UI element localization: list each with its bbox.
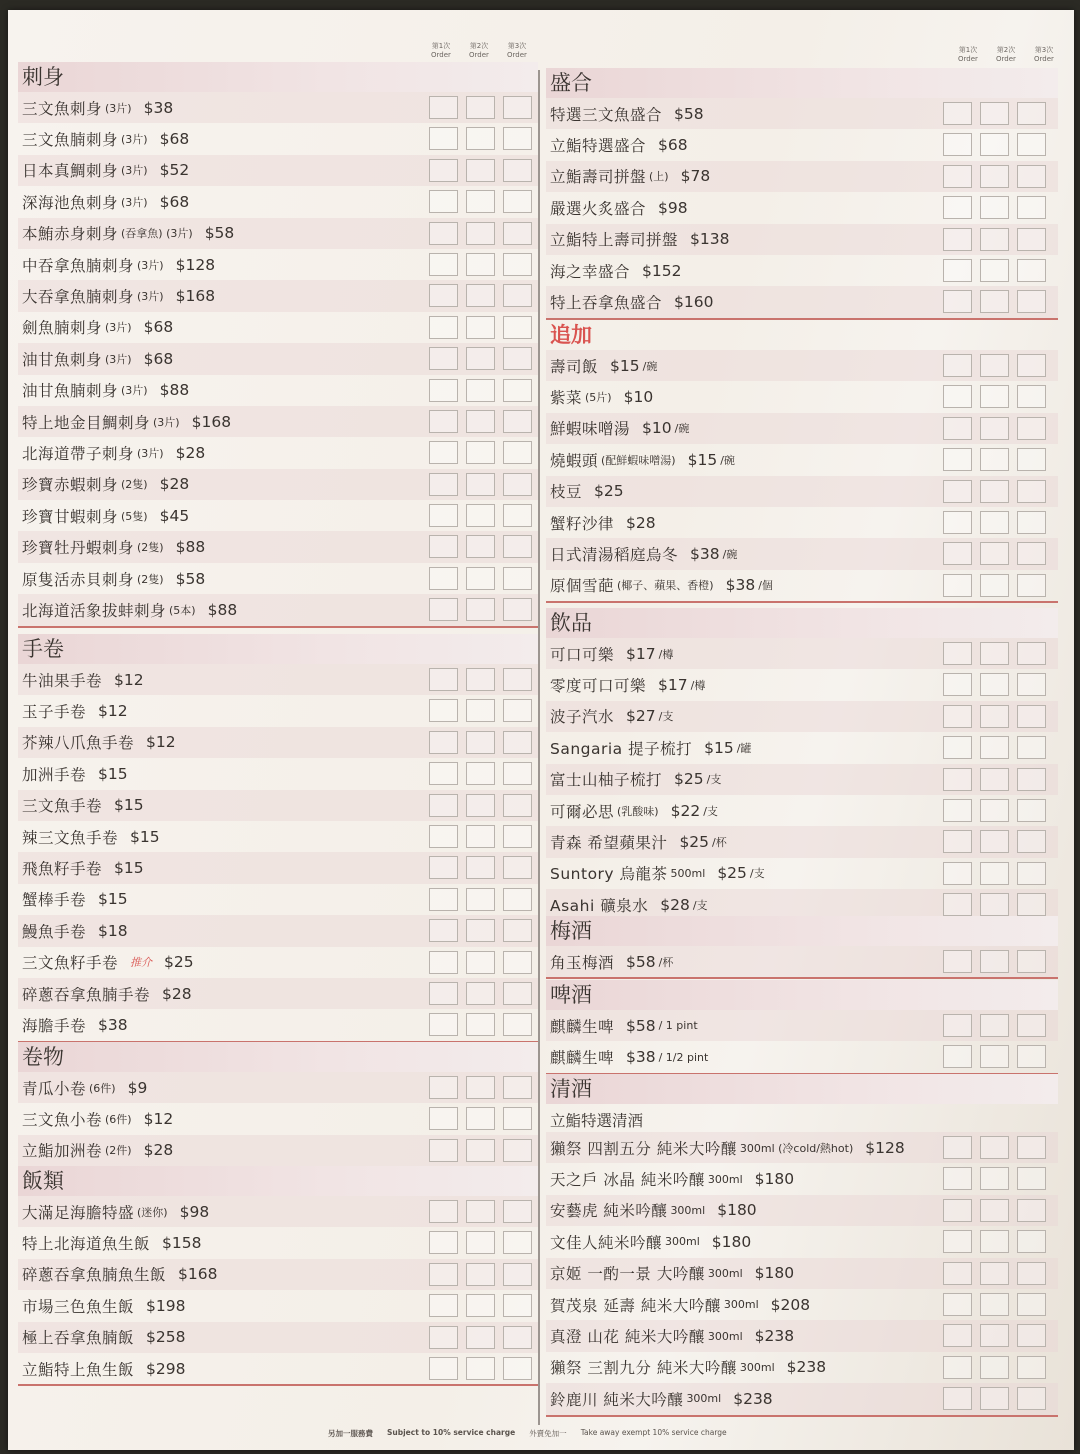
order-round-3-checkbox[interactable] bbox=[1017, 830, 1046, 853]
order-round-1-checkbox[interactable] bbox=[429, 316, 458, 339]
order-round-1-checkbox[interactable] bbox=[943, 1387, 972, 1410]
order-round-3-checkbox[interactable] bbox=[1017, 862, 1046, 885]
order-round-1-checkbox[interactable] bbox=[943, 228, 972, 251]
order-round-3-checkbox[interactable] bbox=[1017, 480, 1046, 503]
order-boxes bbox=[943, 196, 1046, 219]
menu-item-row: 本鮪赤身刺身 (吞拿魚) (3片) $58 bbox=[18, 218, 538, 249]
order-round-1-checkbox[interactable] bbox=[943, 1324, 972, 1347]
menu-item-row: 京姬 一酌一景 大吟釀 300ml $180 bbox=[546, 1258, 1058, 1289]
item-price: $180 bbox=[712, 1233, 751, 1251]
order-round-3-checkbox[interactable] bbox=[1017, 705, 1046, 728]
order-round-3-checkbox[interactable] bbox=[503, 1326, 532, 1349]
menu-item-row: 可爾必思 (乳酸味) $22 /支 bbox=[546, 795, 1058, 826]
order-round-3-checkbox[interactable] bbox=[1017, 417, 1046, 440]
order-round-3-checkbox[interactable] bbox=[503, 316, 532, 339]
order-round-1-checkbox[interactable] bbox=[943, 574, 972, 597]
section-divider bbox=[546, 1415, 1058, 1417]
order-round-1-checkbox[interactable] bbox=[943, 1199, 972, 1222]
order-round-1-checkbox[interactable] bbox=[429, 1326, 458, 1349]
order-round-2-checkbox[interactable] bbox=[980, 1262, 1009, 1285]
order-round-3-checkbox[interactable] bbox=[503, 567, 532, 590]
order-round-2-checkbox[interactable] bbox=[980, 1136, 1009, 1159]
order-round-2-checkbox[interactable] bbox=[980, 705, 1009, 728]
order-round-3-checkbox[interactable] bbox=[503, 762, 532, 785]
order-round-2-checkbox[interactable] bbox=[980, 290, 1009, 313]
item-name: 特上吞拿魚盛合 bbox=[550, 291, 662, 313]
order-round-3-checkbox[interactable] bbox=[1017, 1136, 1046, 1159]
order-round-3-checkbox[interactable] bbox=[503, 127, 532, 150]
order-round-3-checkbox[interactable] bbox=[503, 668, 532, 691]
menu-item-row: 油甘魚腩刺身 (3片) $88 bbox=[18, 375, 538, 406]
order-round-2-checkbox[interactable] bbox=[980, 511, 1009, 534]
order-round-1-checkbox[interactable] bbox=[429, 567, 458, 590]
order-round-1-checkbox[interactable] bbox=[429, 473, 458, 496]
item-price: $15 bbox=[610, 357, 640, 375]
order-round-1-checkbox[interactable] bbox=[429, 159, 458, 182]
item-price: $15 bbox=[704, 739, 734, 757]
order-round-3-checkbox[interactable] bbox=[503, 888, 532, 911]
order-round-1-checkbox[interactable] bbox=[943, 799, 972, 822]
order-round-3-checkbox[interactable] bbox=[1017, 133, 1046, 156]
order-round-1-checkbox[interactable] bbox=[943, 542, 972, 565]
order-round-1-checkbox[interactable] bbox=[943, 1014, 972, 1037]
menu-item-row: 三文魚小卷 (6件) $12 bbox=[18, 1103, 538, 1134]
item-name: 珍寶赤蝦刺身 bbox=[22, 473, 118, 495]
order-round-2-checkbox[interactable] bbox=[466, 284, 495, 307]
item-price: $22 bbox=[671, 802, 701, 820]
order-round-3-checkbox[interactable] bbox=[503, 598, 532, 621]
order-round-1-checkbox[interactable] bbox=[429, 731, 458, 754]
order-round-1-checkbox[interactable] bbox=[429, 535, 458, 558]
order-round-2-checkbox[interactable] bbox=[466, 982, 495, 1005]
order-round-1-checkbox[interactable] bbox=[429, 190, 458, 213]
item-note: (3片) bbox=[121, 194, 148, 210]
order-round-3-checkbox[interactable] bbox=[1017, 799, 1046, 822]
menu-item-row: 文佳人純米吟釀 300ml $180 bbox=[546, 1226, 1058, 1257]
menu-item-row: 天之戶 冰晶 純米吟釀 300ml $180 bbox=[546, 1163, 1058, 1194]
order-round-3-checkbox[interactable] bbox=[503, 1357, 532, 1380]
order-round-3-checkbox[interactable] bbox=[1017, 354, 1046, 377]
order-round-3-checkbox[interactable] bbox=[503, 222, 532, 245]
order-boxes bbox=[429, 379, 532, 402]
order-round-3-checkbox[interactable] bbox=[1017, 673, 1046, 696]
order-round-1-checkbox[interactable] bbox=[429, 222, 458, 245]
order-round-2-checkbox[interactable] bbox=[466, 919, 495, 942]
order-round-3-checkbox[interactable] bbox=[1017, 1262, 1046, 1285]
order-round-3-checkbox[interactable] bbox=[503, 825, 532, 848]
order-round-3-checkbox[interactable] bbox=[503, 1263, 532, 1286]
order-round-1-checkbox[interactable] bbox=[943, 385, 972, 408]
item-name: 可爾必思 bbox=[550, 800, 614, 822]
order-round-3-checkbox[interactable] bbox=[503, 441, 532, 464]
order-boxes bbox=[943, 893, 1046, 916]
order-round-2-checkbox[interactable] bbox=[466, 668, 495, 691]
item-note: (配鮮蝦味噌湯) bbox=[601, 452, 676, 468]
order-round-1-checkbox[interactable] bbox=[943, 705, 972, 728]
order-round-2-checkbox[interactable] bbox=[466, 794, 495, 817]
item-price: $158 bbox=[162, 1234, 201, 1252]
order-round-3-checkbox[interactable] bbox=[503, 535, 532, 558]
order-round-3-checkbox[interactable] bbox=[1017, 1199, 1046, 1222]
order-round-1-checkbox[interactable] bbox=[943, 165, 972, 188]
order-round-2-checkbox[interactable] bbox=[466, 96, 495, 119]
order-round-1-checkbox[interactable] bbox=[429, 794, 458, 817]
order-round-3-checkbox[interactable] bbox=[503, 1107, 532, 1130]
order-round-2-checkbox[interactable] bbox=[466, 1294, 495, 1317]
order-round-1-checkbox[interactable] bbox=[943, 259, 972, 282]
order-round-1-checkbox[interactable] bbox=[943, 1356, 972, 1379]
item-note: 300ml bbox=[708, 1330, 743, 1343]
order-round-2-checkbox[interactable] bbox=[980, 102, 1009, 125]
order-round-3-checkbox[interactable] bbox=[1017, 736, 1046, 759]
menu-item-row: 特上吞拿魚盛合 $160 bbox=[546, 286, 1058, 317]
order-round-2-checkbox[interactable] bbox=[980, 480, 1009, 503]
order-round-2-checkbox[interactable] bbox=[466, 951, 495, 974]
menu-section: 梅酒 角玉梅酒 $58 /杯 bbox=[546, 916, 1058, 979]
order-round-3-checkbox[interactable] bbox=[1017, 448, 1046, 471]
order-round-1-checkbox[interactable] bbox=[429, 825, 458, 848]
order-round-1-checkbox[interactable] bbox=[943, 133, 972, 156]
order-round-2-checkbox[interactable] bbox=[466, 1263, 495, 1286]
item-price: $58 bbox=[176, 570, 206, 588]
menu-item-row: 碎蔥吞拿魚腩魚生飯 $168 bbox=[18, 1259, 538, 1290]
item-unit: /罐 bbox=[737, 740, 752, 756]
order-round-1-checkbox[interactable] bbox=[943, 1230, 972, 1253]
order-round-3-checkbox[interactable] bbox=[1017, 102, 1046, 125]
order-round-2-checkbox[interactable] bbox=[980, 736, 1009, 759]
order-boxes bbox=[943, 1199, 1046, 1222]
menu-item-row: 珍寶甘蝦刺身 (5隻) $45 bbox=[18, 500, 538, 531]
order-round-2-checkbox[interactable] bbox=[980, 385, 1009, 408]
order-round-1-checkbox[interactable] bbox=[943, 1167, 972, 1190]
order-round-1-checkbox[interactable] bbox=[429, 919, 458, 942]
order-round-1-checkbox[interactable] bbox=[429, 347, 458, 370]
item-note: (3片) bbox=[121, 162, 148, 178]
item-price: $258 bbox=[146, 1328, 185, 1346]
order-round-1-checkbox[interactable] bbox=[429, 951, 458, 974]
order-round-2-checkbox[interactable] bbox=[466, 1076, 495, 1099]
order-round-3-checkbox[interactable] bbox=[1017, 893, 1046, 916]
order-round-2-checkbox[interactable] bbox=[980, 1014, 1009, 1037]
order-round-1-checkbox[interactable] bbox=[943, 736, 972, 759]
item-price: $58 bbox=[205, 224, 235, 242]
order-round-1-checkbox[interactable] bbox=[943, 1293, 972, 1316]
section-title: 卷物 bbox=[18, 1042, 538, 1072]
order-round-3-checkbox[interactable] bbox=[503, 190, 532, 213]
order-boxes bbox=[429, 535, 532, 558]
order-round-3-checkbox[interactable] bbox=[503, 1139, 532, 1162]
order-round-3-checkbox[interactable] bbox=[503, 504, 532, 527]
item-name: 麒麟生啤 bbox=[550, 1015, 614, 1037]
order-round-2-checkbox[interactable] bbox=[980, 950, 1009, 973]
order-round-2-checkbox[interactable] bbox=[466, 410, 495, 433]
order-round-3-checkbox[interactable] bbox=[1017, 511, 1046, 534]
item-name: 賀茂泉 延壽 純米大吟釀 bbox=[550, 1294, 721, 1316]
order-round-2-checkbox[interactable] bbox=[980, 1324, 1009, 1347]
item-price: $238 bbox=[755, 1327, 794, 1345]
menu-item-row: 安藝虎 純米吟釀 300ml $180 bbox=[546, 1195, 1058, 1226]
order-round-3-checkbox[interactable] bbox=[1017, 290, 1046, 313]
order-round-3-checkbox[interactable] bbox=[1017, 1293, 1046, 1316]
order-round-2-checkbox[interactable] bbox=[980, 642, 1009, 665]
order-round-1-checkbox[interactable] bbox=[429, 1263, 458, 1286]
order-round-2-checkbox[interactable] bbox=[466, 1231, 495, 1254]
order-round-2-checkbox[interactable] bbox=[466, 1200, 495, 1223]
order-round-1-checkbox[interactable] bbox=[943, 480, 972, 503]
order-round-2-checkbox[interactable] bbox=[980, 133, 1009, 156]
item-note: (3片) bbox=[137, 288, 164, 304]
order-round-2-checkbox[interactable] bbox=[980, 542, 1009, 565]
order-round-2-checkbox[interactable] bbox=[980, 1230, 1009, 1253]
item-list: 麒麟生啤 $58 / 1 pint 麒麟生啤 $38 / 1/2 pint bbox=[546, 1010, 1058, 1073]
order-round-3-checkbox[interactable] bbox=[503, 284, 532, 307]
order-round-3-checkbox[interactable] bbox=[1017, 259, 1046, 282]
order-round-1-checkbox[interactable] bbox=[429, 762, 458, 785]
order-round-3-checkbox[interactable] bbox=[503, 1231, 532, 1254]
order-round-3-checkbox[interactable] bbox=[503, 379, 532, 402]
order-boxes bbox=[943, 511, 1046, 534]
order-round-1-checkbox[interactable] bbox=[943, 102, 972, 125]
order-round-1-checkbox[interactable] bbox=[429, 699, 458, 722]
item-price: $68 bbox=[144, 318, 174, 336]
order-round-3-checkbox[interactable] bbox=[503, 699, 532, 722]
order-round-3-checkbox[interactable] bbox=[503, 856, 532, 879]
order-round-2-checkbox[interactable] bbox=[980, 1356, 1009, 1379]
order-round-1-checkbox[interactable] bbox=[943, 1262, 972, 1285]
order-round-3-checkbox[interactable] bbox=[1017, 950, 1046, 973]
menu-item-row: Sangaria 提子梳打 $15 /罐 bbox=[546, 732, 1058, 763]
order-round-1-checkbox[interactable] bbox=[429, 668, 458, 691]
order-round-1-checkbox[interactable] bbox=[429, 1013, 458, 1036]
item-name: 零度可口可樂 bbox=[550, 674, 646, 696]
order-round-3-checkbox[interactable] bbox=[503, 159, 532, 182]
item-note: (迷你) bbox=[137, 1204, 168, 1220]
order-round-1-checkbox[interactable] bbox=[429, 856, 458, 879]
menu-section: 飯類 大滿足海膽特盛 (迷你) $98 特上北海道魚生飯 $158 bbox=[18, 1166, 538, 1386]
order-round-3-checkbox[interactable] bbox=[1017, 1045, 1046, 1068]
order-round-2-checkbox[interactable] bbox=[980, 1199, 1009, 1222]
order-round-2-checkbox[interactable] bbox=[466, 888, 495, 911]
item-price: $28 bbox=[626, 514, 656, 532]
order-round-3-checkbox[interactable] bbox=[1017, 642, 1046, 665]
order-round-3-checkbox[interactable] bbox=[503, 1013, 532, 1036]
order-round-2-checkbox[interactable] bbox=[980, 1167, 1009, 1190]
item-list: 特選三文魚盛合 $58 立鮨特選盛合 $68 bbox=[546, 98, 1058, 318]
order-round-3-checkbox[interactable] bbox=[503, 1200, 532, 1223]
menu-item-row: 波子汽水 $27 /支 bbox=[546, 701, 1058, 732]
order-round-2-checkbox[interactable] bbox=[466, 473, 495, 496]
order-round-2-checkbox[interactable] bbox=[466, 567, 495, 590]
order-round-2-checkbox[interactable] bbox=[466, 253, 495, 276]
order-round-3-checkbox[interactable] bbox=[503, 731, 532, 754]
order-round-2-checkbox[interactable] bbox=[466, 127, 495, 150]
order-round-2-checkbox[interactable] bbox=[980, 830, 1009, 853]
item-note: (3片) bbox=[105, 351, 132, 367]
order-round-2-checkbox[interactable] bbox=[980, 228, 1009, 251]
order-round-3-checkbox[interactable] bbox=[1017, 196, 1046, 219]
order-round-header: 第1次Order 第2次Order 第3次Order bbox=[426, 42, 532, 60]
order-round-2-checkbox[interactable] bbox=[980, 862, 1009, 885]
order-round-1-checkbox[interactable] bbox=[429, 1139, 458, 1162]
order-round-3-checkbox[interactable] bbox=[1017, 574, 1046, 597]
order-round-1-checkbox[interactable] bbox=[943, 417, 972, 440]
menu-item-row: 日式清湯稻庭烏冬 $38 /碗 bbox=[546, 538, 1058, 569]
order-round-1-checkbox[interactable] bbox=[943, 768, 972, 791]
order-round-2-checkbox[interactable] bbox=[980, 259, 1009, 282]
order-boxes bbox=[943, 1230, 1046, 1253]
order-round-1-checkbox[interactable] bbox=[429, 1200, 458, 1223]
order-round-1-checkbox[interactable] bbox=[943, 290, 972, 313]
order-round-1-checkbox[interactable] bbox=[943, 673, 972, 696]
order-round-2-checkbox[interactable] bbox=[980, 574, 1009, 597]
order-round-2-checkbox[interactable] bbox=[466, 379, 495, 402]
item-price: $98 bbox=[180, 1203, 210, 1221]
order-round-1-checkbox[interactable] bbox=[429, 284, 458, 307]
order-round-3-checkbox[interactable] bbox=[503, 253, 532, 276]
order-round-2-checkbox[interactable] bbox=[466, 762, 495, 785]
order-round-3-checkbox[interactable] bbox=[503, 96, 532, 119]
order-round-2-checkbox[interactable] bbox=[466, 1357, 495, 1380]
order-round-1-checkbox[interactable] bbox=[943, 511, 972, 534]
order-round-1-checkbox[interactable] bbox=[429, 1107, 458, 1130]
order-round-2-checkbox[interactable] bbox=[466, 159, 495, 182]
order-round-1-checkbox[interactable] bbox=[943, 950, 972, 973]
menu-item-row: 紫菜 (5片) $10 bbox=[546, 381, 1058, 412]
order-round-3-checkbox[interactable] bbox=[503, 1076, 532, 1099]
order-round-1-checkbox[interactable] bbox=[429, 504, 458, 527]
order-round-2-checkbox[interactable] bbox=[466, 1139, 495, 1162]
section-title: 追加 bbox=[546, 320, 1058, 350]
item-note: (吞拿魚) (3片) bbox=[121, 225, 193, 241]
order-round-3-checkbox[interactable] bbox=[1017, 1356, 1046, 1379]
order-round-3-checkbox[interactable] bbox=[503, 347, 532, 370]
item-note: 500ml bbox=[671, 867, 706, 880]
order-round-3-checkbox[interactable] bbox=[503, 919, 532, 942]
order-round-3-checkbox[interactable] bbox=[1017, 1167, 1046, 1190]
order-round-3-checkbox[interactable] bbox=[1017, 385, 1046, 408]
order-round-2-checkbox[interactable] bbox=[466, 316, 495, 339]
item-price: $28 bbox=[144, 1141, 174, 1159]
order-round-2-checkbox[interactable] bbox=[980, 196, 1009, 219]
order-round-1-checkbox[interactable] bbox=[429, 598, 458, 621]
order-round-2-checkbox[interactable] bbox=[980, 673, 1009, 696]
order-round-2-checkbox[interactable] bbox=[466, 1326, 495, 1349]
order-round-3-checkbox[interactable] bbox=[1017, 1230, 1046, 1253]
order-round-1-checkbox[interactable] bbox=[429, 1357, 458, 1380]
order-round-2-checkbox[interactable] bbox=[466, 825, 495, 848]
item-list: 大滿足海膽特盛 (迷你) $98 特上北海道魚生飯 $158 bbox=[18, 1196, 538, 1384]
order-round-2-checkbox[interactable] bbox=[466, 1013, 495, 1036]
item-name: 立鮨特選盛合 bbox=[550, 134, 646, 156]
menu-item-row: 三文魚刺身 (3片) $38 bbox=[18, 92, 538, 123]
order-round-2-checkbox[interactable] bbox=[980, 893, 1009, 916]
order-round-3-checkbox[interactable] bbox=[503, 410, 532, 433]
order-round-1-checkbox[interactable] bbox=[429, 1076, 458, 1099]
order-round-1-checkbox[interactable] bbox=[429, 127, 458, 150]
order-round-2-checkbox[interactable] bbox=[466, 504, 495, 527]
order-round-1-checkbox[interactable] bbox=[943, 862, 972, 885]
order-round-3-checkbox[interactable] bbox=[1017, 768, 1046, 791]
order-round-1-checkbox[interactable] bbox=[943, 893, 972, 916]
order-round-1-checkbox[interactable] bbox=[429, 1231, 458, 1254]
order-round-1-checkbox[interactable] bbox=[429, 441, 458, 464]
order-round-2-checkbox[interactable] bbox=[466, 222, 495, 245]
order-round-1-checkbox[interactable] bbox=[429, 379, 458, 402]
order-round-2-checkbox[interactable] bbox=[980, 165, 1009, 188]
item-name: 日式清湯稻庭烏冬 bbox=[550, 543, 678, 565]
order-round-1-checkbox[interactable] bbox=[429, 1294, 458, 1317]
order-round-2-checkbox[interactable] bbox=[466, 347, 495, 370]
item-name: 麒麟生啤 bbox=[550, 1046, 614, 1068]
item-name: 特上北海道魚生飯 bbox=[22, 1232, 150, 1254]
order-boxes bbox=[943, 165, 1046, 188]
order-round-1-checkbox[interactable] bbox=[429, 96, 458, 119]
order-round-2-checkbox[interactable] bbox=[466, 699, 495, 722]
order-boxes bbox=[429, 1013, 532, 1036]
order-round-1-checkbox[interactable] bbox=[943, 1045, 972, 1068]
order-round-2-checkbox[interactable] bbox=[466, 856, 495, 879]
order-round-3-checkbox[interactable] bbox=[503, 1294, 532, 1317]
item-name: 壽司飯 bbox=[550, 355, 598, 377]
order-round-1-checkbox[interactable] bbox=[429, 888, 458, 911]
item-price: $25 bbox=[164, 953, 194, 971]
order-round-2-checkbox[interactable] bbox=[466, 190, 495, 213]
order-round-3-checkbox[interactable] bbox=[1017, 1324, 1046, 1347]
order-round-2-checkbox[interactable] bbox=[980, 354, 1009, 377]
order-round-3-checkbox[interactable] bbox=[1017, 165, 1046, 188]
order-round-3-checkbox[interactable] bbox=[1017, 1014, 1046, 1037]
item-name: 嚴選火炙盛合 bbox=[550, 197, 646, 219]
order-boxes bbox=[943, 1293, 1046, 1316]
order-round-1-checkbox[interactable] bbox=[943, 830, 972, 853]
order-boxes bbox=[429, 473, 532, 496]
order-round-3-checkbox[interactable] bbox=[503, 951, 532, 974]
order-boxes bbox=[943, 736, 1046, 759]
item-note: (2件) bbox=[105, 1142, 132, 1158]
order-round-2-checkbox[interactable] bbox=[466, 1107, 495, 1130]
order-round-2-checkbox[interactable] bbox=[980, 1387, 1009, 1410]
order-boxes bbox=[943, 862, 1046, 885]
order-round-2-checkbox[interactable] bbox=[980, 448, 1009, 471]
order-round-1-checkbox[interactable] bbox=[429, 410, 458, 433]
order-round-3-checkbox[interactable] bbox=[1017, 542, 1046, 565]
order-round-2-checkbox[interactable] bbox=[980, 799, 1009, 822]
order-round-3-checkbox[interactable] bbox=[503, 794, 532, 817]
order-round-2-checkbox[interactable] bbox=[466, 598, 495, 621]
order-round-3-checkbox[interactable] bbox=[1017, 1387, 1046, 1410]
order-round-2-checkbox[interactable] bbox=[466, 441, 495, 464]
item-price: $45 bbox=[160, 507, 190, 525]
order-round-1-checkbox[interactable] bbox=[943, 642, 972, 665]
order-round-1-checkbox[interactable] bbox=[429, 253, 458, 276]
order-round-3-checkbox[interactable] bbox=[503, 473, 532, 496]
order-round-1-checkbox[interactable] bbox=[943, 448, 972, 471]
order-round-1-checkbox[interactable] bbox=[943, 1136, 972, 1159]
order-round-2-checkbox[interactable] bbox=[980, 1045, 1009, 1068]
order-round-1-checkbox[interactable] bbox=[429, 982, 458, 1005]
item-name: Sangaria 提子梳打 bbox=[550, 737, 692, 759]
order-round-2-checkbox[interactable] bbox=[980, 1293, 1009, 1316]
item-list: 牛油果手卷 $12 玉子手卷 $12 bbox=[18, 664, 538, 1041]
order-round-3-checkbox[interactable] bbox=[503, 982, 532, 1005]
order-round-2-checkbox[interactable] bbox=[466, 731, 495, 754]
order-round-1-checkbox[interactable] bbox=[943, 354, 972, 377]
order-round-2-checkbox[interactable] bbox=[466, 535, 495, 558]
order-round-3-checkbox[interactable] bbox=[1017, 228, 1046, 251]
order-round-2-checkbox[interactable] bbox=[980, 417, 1009, 440]
order-round-2-checkbox[interactable] bbox=[980, 768, 1009, 791]
order-round-1-checkbox[interactable] bbox=[943, 196, 972, 219]
